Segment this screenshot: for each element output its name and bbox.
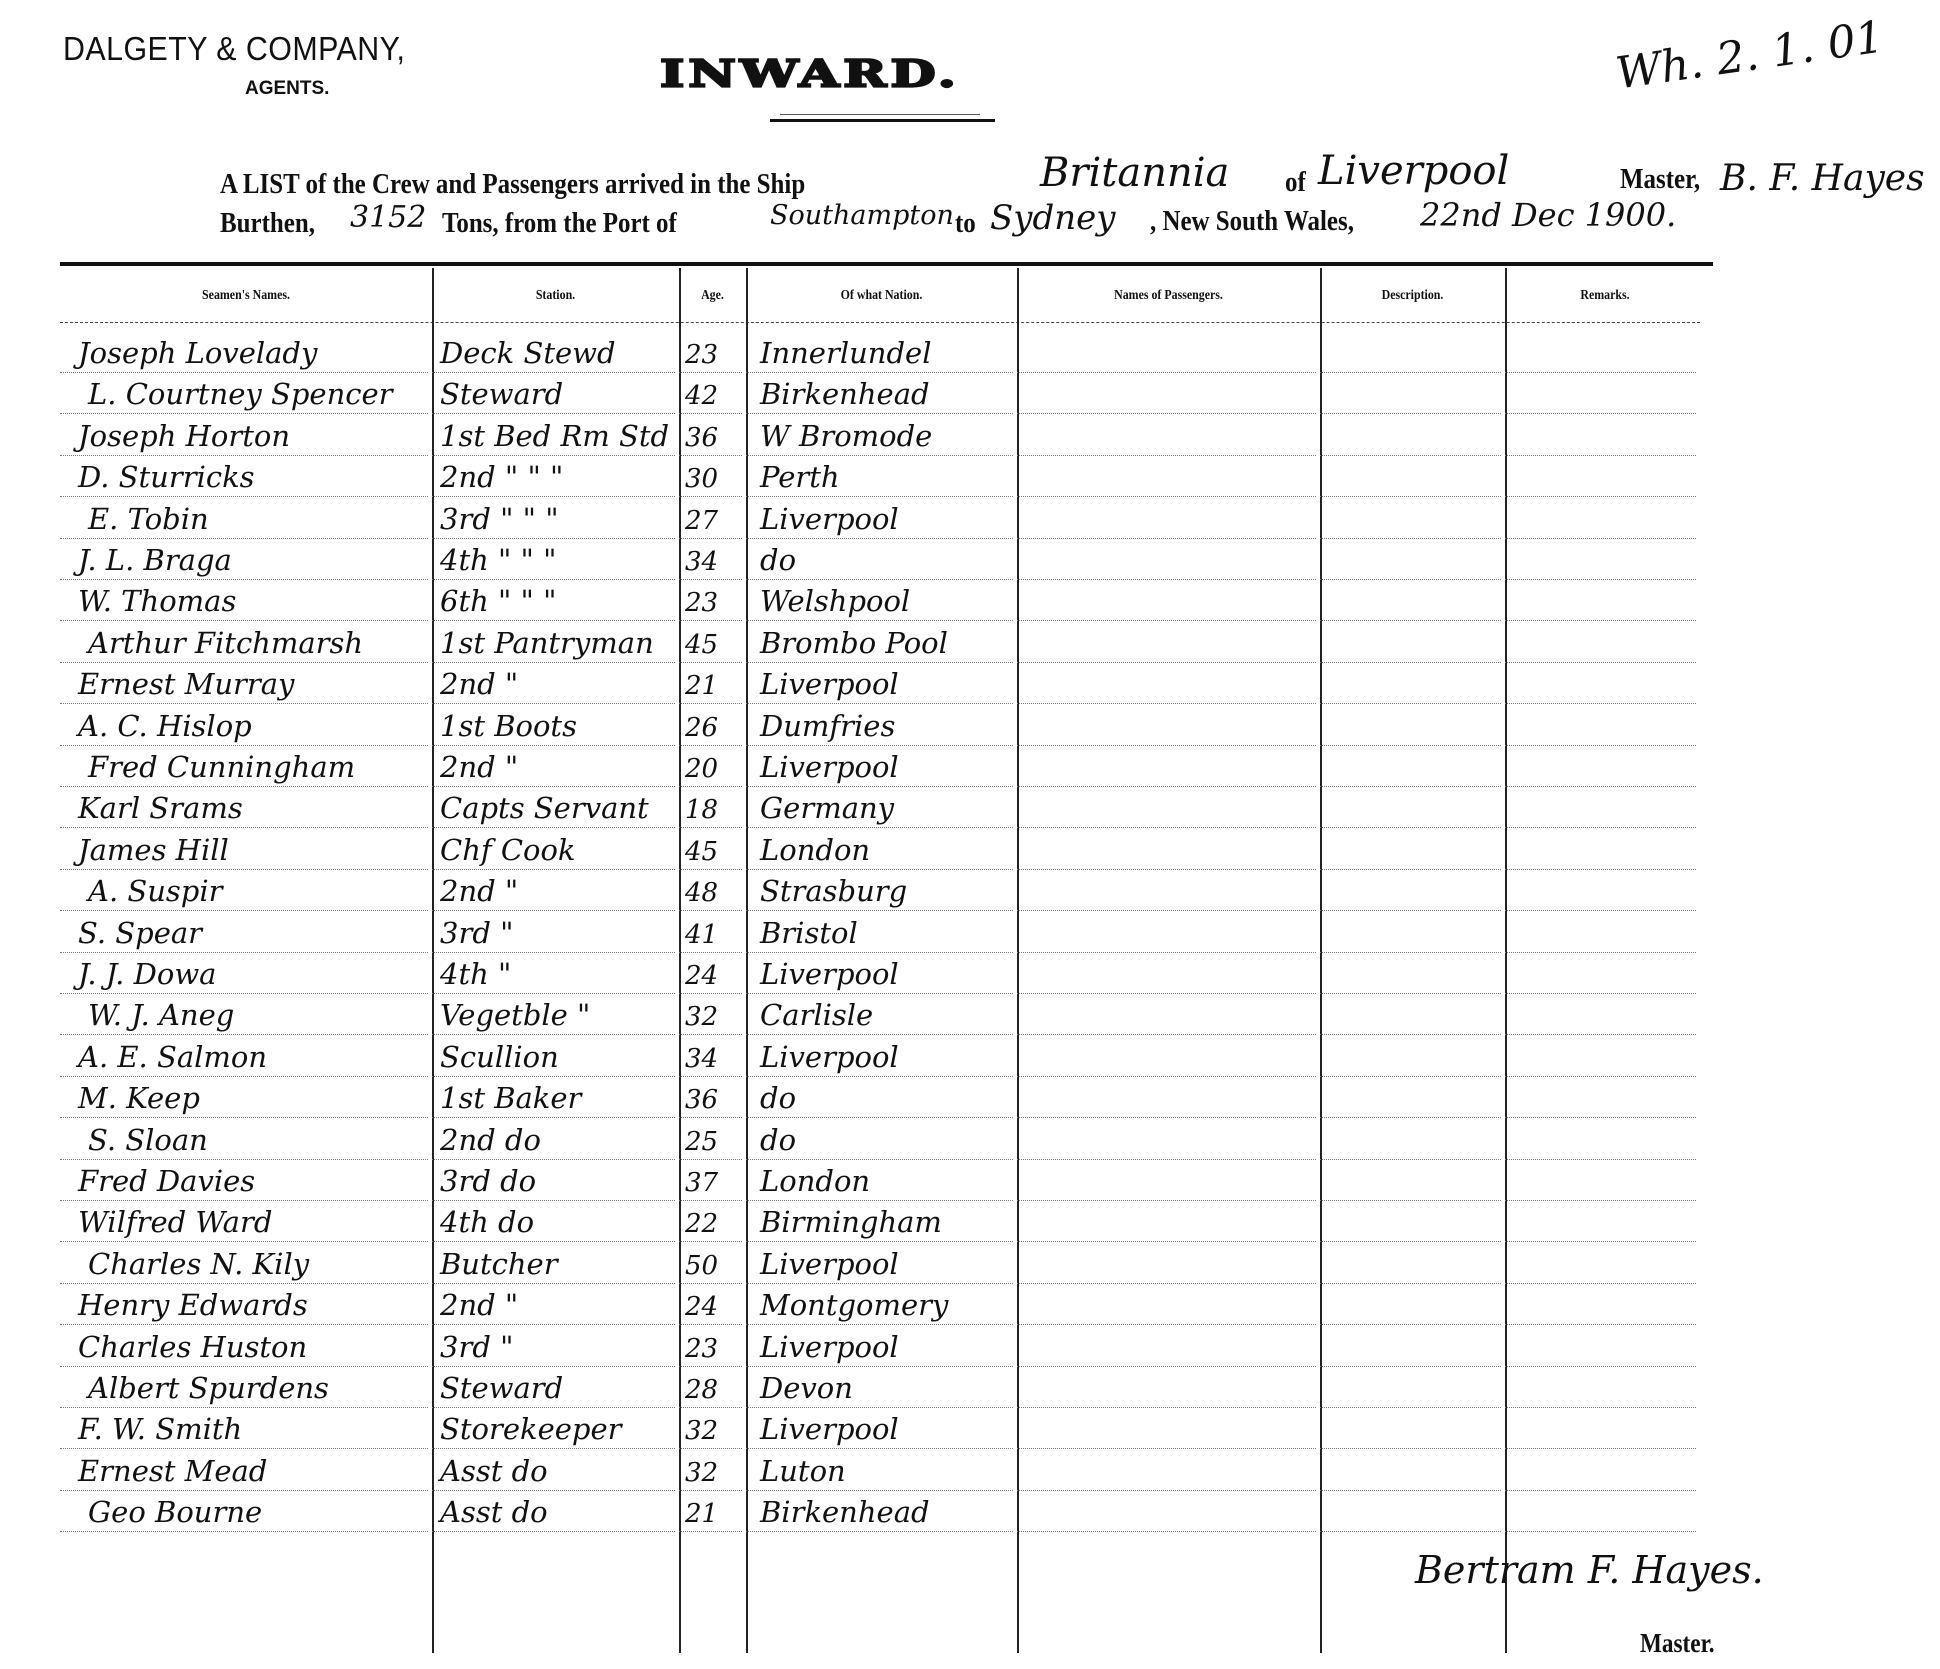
agent-name: DALGETY & COMPANY, (63, 30, 405, 68)
table-row: Henry Edwards2nd "24Montgomery (60, 1287, 1700, 1328)
table-row: M. Keep1st Baker36do (60, 1080, 1700, 1121)
station: 3rd do (440, 1164, 536, 1198)
station: 3rd " (440, 916, 513, 950)
title-underline-thin (780, 114, 980, 115)
row-guide-line (1017, 1283, 1316, 1284)
row-guide-line (60, 1407, 428, 1408)
ship-name: Britannia (1040, 150, 1229, 196)
table-row: Joseph LoveladyDeck Stewd23Innerlundel (60, 335, 1700, 376)
row-guide-line (432, 1324, 675, 1325)
row-guide-line (746, 1324, 1013, 1325)
table-row: W. Thomas6th " " "23Welshpool (60, 583, 1700, 624)
table-row: Arthur Fitchmarsh1st Pantryman45Brombo P… (60, 625, 1700, 666)
row-guide-line (746, 952, 1013, 953)
row-guide-line (1505, 662, 1696, 663)
age: 24 (685, 1292, 718, 1322)
age: 45 (685, 630, 718, 660)
station: 2nd " " " (440, 460, 563, 494)
row-guide-line (432, 455, 675, 456)
row-guide-line (1505, 1407, 1696, 1408)
row-guide-line (432, 579, 675, 580)
row-guide-line (679, 1366, 742, 1367)
nation: Strasburg (760, 874, 907, 908)
station: Chf Cook (440, 833, 576, 867)
station: 2nd " (440, 667, 518, 701)
seaman-name: Karl Srams (78, 791, 243, 825)
seaman-name: Geo Bourne (88, 1495, 262, 1529)
row-guide-line (746, 1283, 1013, 1284)
table-row: Karl SramsCapts Servant18Germany (60, 790, 1700, 831)
row-guide-line (432, 1448, 675, 1449)
row-guide-line (1017, 1159, 1316, 1160)
row-guide-line (1505, 786, 1696, 787)
row-guide-line (746, 662, 1013, 663)
seaman-name: Fred Davies (78, 1164, 255, 1198)
row-guide-line (1505, 413, 1696, 414)
row-guide-line (432, 413, 675, 414)
row-guide-line (746, 827, 1013, 828)
age: 27 (685, 506, 718, 536)
seaman-name: A. Suspir (88, 874, 223, 908)
column-header-description: Description. (1334, 288, 1491, 304)
row-guide-line (1017, 372, 1316, 373)
row-guide-line (679, 455, 742, 456)
table-row: A. C. Hislop1st Boots26Dumfries (60, 708, 1700, 749)
column-header-age: Age. (684, 288, 741, 304)
seaman-name: J. L. Braga (78, 543, 232, 577)
seaman-name: F. W. Smith (78, 1412, 242, 1446)
column-header-remarks: Remarks. (1520, 288, 1690, 304)
seaman-name: Charles N. Kily (88, 1247, 309, 1281)
row-guide-line (1017, 1117, 1316, 1118)
nation: Montgomery (760, 1288, 948, 1322)
row-guide-line (432, 1366, 675, 1367)
row-guide-line (1320, 1241, 1501, 1242)
table-top-rule (60, 262, 1713, 266)
row-guide-line (746, 496, 1013, 497)
row-guide-line (679, 1241, 742, 1242)
row-guide-line (679, 372, 742, 373)
row-guide-line (679, 786, 742, 787)
row-guide-line (1505, 496, 1696, 497)
row-guide-line (1017, 662, 1316, 663)
row-guide-line (1017, 952, 1316, 953)
column-header-nation: Of what Nation. (766, 288, 996, 304)
station: 1st Pantryman (440, 626, 654, 660)
row-guide-line (1505, 1448, 1696, 1449)
row-guide-line (1017, 1200, 1316, 1201)
seaman-name: A. E. Salmon (78, 1040, 267, 1074)
seaman-name: S. Spear (78, 916, 202, 950)
row-guide-line (679, 579, 742, 580)
table-row: Fred Cunningham2nd "20Liverpool (60, 749, 1700, 790)
row-guide-line (1505, 1283, 1696, 1284)
column-header-passengers: Names of Passengers. (1040, 288, 1298, 304)
row-guide-line (1505, 455, 1696, 456)
row-guide-line (746, 1159, 1013, 1160)
seaman-name: E. Tobin (88, 502, 209, 536)
table-row: Wilfred Ward4th do22Birmingham (60, 1204, 1700, 1245)
nation: Liverpool (760, 957, 899, 991)
table-row: Charles Huston3rd "23Liverpool (60, 1329, 1700, 1370)
station: 4th " " " (440, 543, 556, 577)
table-row: A. Suspir2nd "48Strasburg (60, 873, 1700, 914)
row-guide-line (1017, 827, 1316, 828)
table-row: S. Spear3rd "41Bristol (60, 915, 1700, 956)
row-guide-line (1505, 1076, 1696, 1077)
row-guide-line (746, 1490, 1013, 1491)
departure-port: Southampton (770, 200, 954, 231)
station: Asst do (440, 1495, 548, 1529)
row-guide-line (1017, 455, 1316, 456)
nation: Dumfries (760, 709, 895, 743)
row-guide-line (679, 869, 742, 870)
row-guide-line (746, 1448, 1013, 1449)
row-guide-line (1505, 1366, 1696, 1367)
burthen-label: Burthen, (220, 207, 315, 240)
age: 48 (685, 878, 718, 908)
seaman-name: D. Sturricks (78, 460, 255, 494)
age: 22 (685, 1209, 718, 1239)
seaman-name: Joseph Lovelady (78, 336, 317, 370)
row-guide-line (432, 1200, 675, 1201)
row-guide-line (1320, 1200, 1501, 1201)
age: 32 (685, 1416, 718, 1446)
row-guide-line (60, 786, 428, 787)
row-guide-line (746, 910, 1013, 911)
seaman-name: Albert Spurdens (88, 1371, 329, 1405)
row-guide-line (1505, 1034, 1696, 1035)
table-row: F. W. SmithStorekeeper32Liverpool (60, 1411, 1700, 1452)
row-guide-line (679, 1034, 742, 1035)
station: 2nd do (440, 1123, 541, 1157)
table-row: Charles N. KilyButcher50Liverpool (60, 1246, 1700, 1287)
seaman-name: S. Sloan (88, 1123, 208, 1157)
station: 4th " (440, 957, 511, 991)
row-guide-line (432, 745, 675, 746)
row-guide-line (1505, 372, 1696, 373)
row-guide-line (60, 1034, 428, 1035)
age: 23 (685, 588, 718, 618)
row-guide-line (679, 1324, 742, 1325)
seaman-name: W. J. Aneg (88, 998, 234, 1032)
row-guide-line (60, 620, 428, 621)
row-guide-line (1017, 1490, 1316, 1491)
station: Storekeeper (440, 1412, 622, 1446)
age: 34 (685, 547, 718, 577)
row-guide-line (60, 662, 428, 663)
row-guide-line (1017, 1324, 1316, 1325)
row-guide-line (1505, 579, 1696, 580)
row-guide-line (432, 1034, 675, 1035)
row-guide-line (746, 413, 1013, 414)
row-guide-line (432, 1490, 675, 1491)
row-guide-line (1505, 1531, 1696, 1532)
row-guide-line (432, 1159, 675, 1160)
station: 1st Boots (440, 709, 577, 743)
row-guide-line (60, 1324, 428, 1325)
table-row: L. Courtney SpencerSteward42Birkenhead (60, 376, 1700, 417)
row-guide-line (1017, 703, 1316, 704)
row-guide-line (1017, 1448, 1316, 1449)
table-row: Ernest MeadAsst do32Luton (60, 1453, 1700, 1494)
seaman-name: J. J. Dowa (78, 957, 216, 991)
age: 25 (685, 1127, 718, 1157)
row-guide-line (1017, 1034, 1316, 1035)
station: Deck Stewd (440, 336, 616, 370)
station: 2nd " (440, 1288, 518, 1322)
master-label: Master, (1620, 163, 1700, 196)
row-guide-line (679, 620, 742, 621)
nation: Birkenhead (760, 1495, 930, 1529)
row-guide-line (746, 745, 1013, 746)
row-guide-line (1320, 1159, 1501, 1160)
row-guide-line (60, 413, 428, 414)
tons-from-label: Tons, from the Port of (442, 207, 677, 240)
row-guide-line (679, 745, 742, 746)
row-guide-line (60, 1076, 428, 1077)
nation: do (760, 543, 796, 577)
table-row: D. Sturricks2nd " " "30Perth (60, 459, 1700, 500)
row-guide-line (60, 910, 428, 911)
row-guide-line (432, 372, 675, 373)
row-guide-line (1017, 910, 1316, 911)
row-guide-line (746, 869, 1013, 870)
table-row: Geo BourneAsst do21Birkenhead (60, 1494, 1700, 1535)
row-guide-line (1320, 910, 1501, 911)
age: 50 (685, 1251, 718, 1281)
agent-role: AGENTS. (245, 78, 329, 100)
row-guide-line (1505, 993, 1696, 994)
age: 37 (685, 1168, 718, 1198)
age: 45 (685, 837, 718, 867)
seaman-name: L. Courtney Spencer (88, 377, 393, 411)
header-bottom-rule (60, 322, 1700, 323)
row-guide-line (432, 827, 675, 828)
seaman-name: Wilfred Ward (78, 1205, 272, 1239)
row-guide-line (679, 538, 742, 539)
seaman-name: M. Keep (78, 1081, 200, 1115)
row-guide-line (432, 662, 675, 663)
row-guide-line (1505, 620, 1696, 621)
row-guide-line (746, 1200, 1013, 1201)
row-guide-line (1320, 662, 1501, 663)
row-guide-line (746, 1117, 1013, 1118)
row-guide-line (679, 827, 742, 828)
station: 1st Bed Rm Std (440, 419, 669, 453)
seaman-name: Ernest Mead (78, 1454, 267, 1488)
row-guide-line (1320, 993, 1501, 994)
nation: Liverpool (760, 1330, 899, 1364)
row-guide-line (1505, 1117, 1696, 1118)
nation: Perth (760, 460, 840, 494)
nation: Liverpool (760, 502, 899, 536)
row-guide-line (1320, 827, 1501, 828)
row-guide-line (679, 413, 742, 414)
station: 3rd " " " (440, 502, 559, 536)
row-guide-line (746, 579, 1013, 580)
row-guide-line (1320, 1531, 1501, 1532)
row-guide-line (432, 1117, 675, 1118)
station: Steward (440, 377, 563, 411)
age: 32 (685, 1458, 718, 1488)
table-row: A. E. SalmonScullion34Liverpool (60, 1039, 1700, 1080)
station: 3rd " (440, 1330, 513, 1364)
age: 36 (685, 1085, 718, 1115)
row-guide-line (679, 496, 742, 497)
seaman-name: Henry Edwards (78, 1288, 308, 1322)
row-guide-line (1320, 372, 1501, 373)
row-guide-line (60, 703, 428, 704)
row-guide-line (746, 703, 1013, 704)
row-guide-line (432, 869, 675, 870)
nation: Liverpool (760, 1040, 899, 1074)
row-guide-line (432, 538, 675, 539)
row-guide-line (679, 1200, 742, 1201)
row-guide-line (1505, 1490, 1696, 1491)
row-guide-line (679, 703, 742, 704)
row-guide-line (1320, 952, 1501, 953)
row-guide-line (1505, 1324, 1696, 1325)
row-guide-line (1320, 703, 1501, 704)
row-guide-line (1320, 745, 1501, 746)
row-guide-line (1505, 1241, 1696, 1242)
nation: do (760, 1081, 796, 1115)
row-guide-line (679, 1117, 742, 1118)
nation: Brombo Pool (760, 626, 948, 660)
row-guide-line (432, 1531, 675, 1532)
row-guide-line (1320, 1407, 1501, 1408)
row-guide-line (432, 786, 675, 787)
row-guide-line (60, 1241, 428, 1242)
station: 4th do (440, 1205, 534, 1239)
row-guide-line (1505, 952, 1696, 953)
row-guide-line (1505, 827, 1696, 828)
intro-line1-prefix: A LIST of the Crew and Passengers arrive… (220, 168, 805, 201)
row-guide-line (679, 1159, 742, 1160)
age: 23 (685, 340, 718, 370)
row-guide-line (432, 496, 675, 497)
title-underline (770, 119, 995, 122)
signature-title: Master. (1640, 1628, 1715, 1659)
seaman-name: Fred Cunningham (88, 750, 355, 784)
nation: London (760, 1164, 870, 1198)
row-guide-line (432, 1241, 675, 1242)
nation: Bristol (760, 916, 858, 950)
row-guide-line (746, 993, 1013, 994)
row-guide-line (1505, 745, 1696, 746)
row-guide-line (1505, 1159, 1696, 1160)
age: 32 (685, 1002, 718, 1032)
seaman-name: Charles Huston (78, 1330, 307, 1364)
station: Capts Servant (440, 791, 649, 825)
row-guide-line (60, 745, 428, 746)
row-guide-line (746, 620, 1013, 621)
row-guide-line (1320, 620, 1501, 621)
row-guide-line (1017, 579, 1316, 580)
row-guide-line (432, 703, 675, 704)
row-guide-line (1320, 455, 1501, 456)
row-guide-line (1320, 1076, 1501, 1077)
margin-annotation: Wh. 2. 1. 01 (1613, 11, 1887, 99)
station: 2nd " (440, 874, 518, 908)
row-guide-line (60, 1448, 428, 1449)
age: 20 (685, 754, 718, 784)
row-guide-line (679, 1407, 742, 1408)
station: Steward (440, 1371, 563, 1405)
station: 2nd " (440, 750, 518, 784)
table-row: S. Sloan2nd do25do (60, 1122, 1700, 1163)
table-row: E. Tobin3rd " " "27Liverpool (60, 501, 1700, 542)
age: 24 (685, 961, 718, 991)
row-guide-line (1017, 1407, 1316, 1408)
row-guide-line (1320, 413, 1501, 414)
row-guide-line (60, 1531, 428, 1532)
row-guide-line (1320, 1324, 1501, 1325)
arrival-date: 22nd Dec 1900. (1420, 196, 1676, 234)
row-guide-line (60, 538, 428, 539)
row-guide-line (679, 993, 742, 994)
row-guide-line (746, 372, 1013, 373)
seaman-name: W. Thomas (78, 584, 236, 618)
row-guide-line (1320, 538, 1501, 539)
row-guide-line (60, 952, 428, 953)
seaman-name: Joseph Horton (78, 419, 290, 453)
table-row: Fred Davies3rd do37London (60, 1163, 1700, 1204)
station: Vegetble " (440, 998, 590, 1032)
row-guide-line (1017, 496, 1316, 497)
row-guide-line (1017, 745, 1316, 746)
row-guide-line (1017, 1366, 1316, 1367)
column-header-station: Station. (451, 288, 661, 304)
station: 6th " " " (440, 584, 556, 618)
row-guide-line (1505, 1200, 1696, 1201)
age: 21 (685, 671, 718, 701)
row-guide-line (432, 910, 675, 911)
table-row: Ernest Murray2nd "21Liverpool (60, 666, 1700, 707)
document-title: INWARD. (660, 52, 1110, 96)
row-guide-line (1320, 1490, 1501, 1491)
row-guide-line (746, 538, 1013, 539)
master-signature: Bertram F. Hayes. (1415, 1548, 1764, 1592)
row-guide-line (746, 1076, 1013, 1077)
master-name: B. F. Hayes (1720, 158, 1925, 199)
row-guide-line (679, 952, 742, 953)
nation: Devon (760, 1371, 853, 1405)
station: Asst do (440, 1454, 548, 1488)
seaman-name: A. C. Hislop (78, 709, 252, 743)
station: 1st Baker (440, 1081, 581, 1115)
row-guide-line (1320, 496, 1501, 497)
row-guide-line (746, 1366, 1013, 1367)
row-guide-line (60, 1200, 428, 1201)
of-label: of (1285, 166, 1306, 199)
row-guide-line (746, 1407, 1013, 1408)
row-guide-line (679, 1490, 742, 1491)
age: 26 (685, 713, 718, 743)
age: 30 (685, 464, 718, 494)
table-row: Joseph Horton1st Bed Rm Std36W Bromode (60, 418, 1700, 459)
row-guide-line (1320, 1448, 1501, 1449)
row-guide-line (746, 1241, 1013, 1242)
age: 42 (685, 381, 718, 411)
nation: Birmingham (760, 1205, 942, 1239)
nation: Carlisle (760, 998, 873, 1032)
row-guide-line (60, 455, 428, 456)
row-guide-line (1320, 579, 1501, 580)
to-label: to (955, 207, 976, 240)
seaman-name: James Hill (78, 833, 229, 867)
